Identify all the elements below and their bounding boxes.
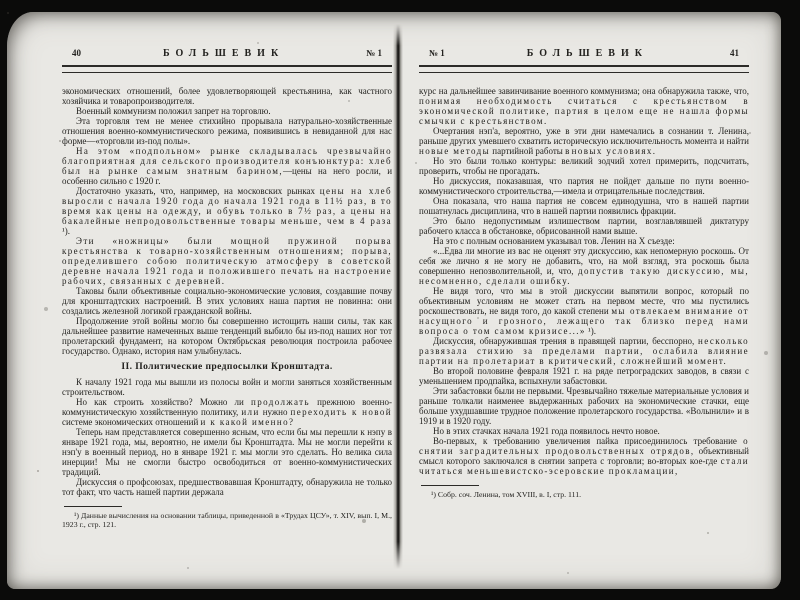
paragraph: Она показала, что наша партия не совсем … [419,196,749,216]
paragraph: Военный коммунизм положил запрет на торг… [62,106,392,116]
paragraph: «...Едва ли многие из вас не оценят эту … [419,246,749,286]
header-rule [419,65,749,73]
footnote-text: ¹) Данные вычисления на основании таблиц… [62,511,392,530]
paragraph: экономических отношений, более удовлетво… [62,86,392,106]
paragraph: Но как строить хозяйство? Можно ли продо… [62,397,392,427]
paragraph: На этом «подпольном» рынке складывалась … [62,146,392,186]
footnote: ¹) Данные вычисления на основании таблиц… [62,506,392,530]
left-page: 40 БОЛЬШЕВИК № 1 экономических отношений… [62,48,392,530]
paragraph: Дискуссия о профсоюзах, предшествовавшая… [62,477,392,497]
journal-title: БОЛЬШЕВИК [527,48,648,59]
issue-number: № 1 [366,48,382,58]
footnote: ¹) Собр. соч. Ленина, том XVIII, в. I, с… [419,485,749,499]
paragraph: Продолжение этой войны могло бы совершен… [62,316,392,356]
footnote-text: ¹) Собр. соч. Ленина, том XVIII, в. I, с… [419,490,749,499]
paragraph: Таковы были объективные социально-эконом… [62,286,392,316]
book-gutter-shadow [393,24,403,569]
paragraph: Эти забастовки были не первыми. Чрезвыча… [419,386,749,426]
paragraph: Это было недопустимым излишеством партии… [419,216,749,236]
page-body: курс на дальнейшее завинчивание военного… [419,86,749,476]
page-number: 41 [730,48,739,58]
page-body: экономических отношений, более удовлетво… [62,86,392,497]
paragraph: На это с полным основанием указывал тов.… [419,236,749,246]
paragraph: Но дискуссия, показавшая, что партия не … [419,176,749,196]
journal-title: БОЛЬШЕВИК [163,48,284,59]
section-heading: II. Политические предпосылки Кронштадта. [62,362,392,372]
right-page: № 1 БОЛЬШЕВИК 41 курс на дальнейшее зави… [419,48,749,499]
page-number: 40 [72,48,81,58]
paragraph: Эта торговля тем не менее стихийно проры… [62,116,392,146]
footnote-rule [421,485,479,486]
paragraph: К началу 1921 года мы вышли из полосы во… [62,377,392,397]
paragraph: Но в этих стачках начала 1921 года появи… [419,426,749,436]
issue-number: № 1 [429,48,445,58]
paragraph: Во второй половине февраля 1921 г. на ря… [419,366,749,386]
paragraph: Достаточно указать, что, например, на мо… [62,186,392,236]
footnote-rule [64,506,122,507]
page-header: 40 БОЛЬШЕВИК № 1 [62,48,392,61]
paragraph: Дискуссия, обнаружившая трения в правяще… [419,336,749,366]
scan-noise [7,12,9,14]
paragraph: Во-первых, к требованию увеличения пайка… [419,436,749,476]
paragraph: Очертания нэп'а, вероятно, уже в эти дни… [419,126,749,156]
paragraph: Эти «ножницы» были мощной пружиной порыв… [62,236,392,286]
scan-frame: { "journal": "БОЛЬШЕВИК", "colors": { "p… [0,0,800,600]
paragraph: Теперь нам представляется совершенно ясн… [62,427,392,477]
paragraph: Не видя того, что мы в этой дискуссии вы… [419,286,749,336]
header-rule [62,65,392,73]
page-header: № 1 БОЛЬШЕВИК 41 [419,48,749,61]
paragraph: курс на дальнейшее завинчивание военного… [419,86,749,126]
paragraph: Но это были только контуры: великий зодч… [419,156,749,176]
